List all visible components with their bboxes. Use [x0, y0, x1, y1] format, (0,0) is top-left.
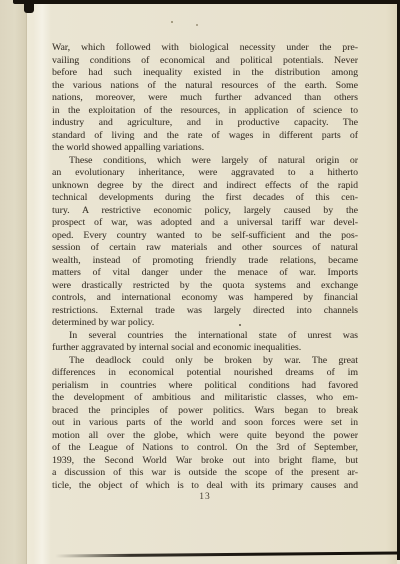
text-line: restrictions. External trade was largely… [52, 305, 358, 318]
text-line: War, which followed with biological nece… [52, 42, 358, 55]
text-line: were drastically restricted by the quota… [52, 280, 358, 293]
text-line: unknown degree by the direct and indirec… [52, 180, 358, 193]
text-line: out in various parts of the world and so… [52, 417, 358, 430]
text-line: perialism in countries where political c… [52, 380, 358, 393]
text-line: tury. A restrictive economic policy, lar… [52, 205, 358, 218]
text-line: These conditions, which were largely of … [52, 155, 358, 168]
text-line: session of certain raw materials and oth… [52, 242, 358, 255]
text-line: oped. Every country wanted to be self-su… [52, 230, 358, 243]
text-line: prospect of war, was adopted and a unive… [52, 217, 358, 230]
text-line: differences in economical potential nour… [52, 367, 358, 380]
text-line: controls, and international economy was … [52, 292, 358, 305]
text-line: the various nations of the natural resou… [52, 80, 358, 93]
text-line: in the exploitation of the resources, in… [52, 105, 358, 118]
text-line: determined by war policy. [52, 317, 358, 330]
scan-speck [239, 324, 241, 326]
text-line: nations, moreover, were much further adv… [52, 92, 358, 105]
text-line: braced the principles of power politics.… [52, 405, 358, 418]
text-line: matters of vital danger under the menace… [52, 267, 358, 280]
text-line: of the League of Nations to control. On … [52, 442, 358, 455]
page-number: 13 [52, 492, 358, 502]
scan-dark-edge-top [13, 0, 400, 4]
text-line: an evolutionary inheritance, were aggrav… [52, 167, 358, 180]
text-line: a discussion of this war is outside the … [52, 467, 358, 480]
text-line: 1939, the Second World War broke out int… [52, 455, 358, 468]
scan-speck [196, 24, 198, 26]
text-line: industry and agriculture, and in product… [52, 117, 358, 130]
page-text: War, which followed with biological nece… [52, 42, 358, 492]
text-line: ticle, the object of which is to deal wi… [52, 480, 358, 493]
scan-dark-edge-topleft [24, 0, 34, 13]
text-line: the world showed appalling variations. [52, 142, 358, 155]
book-page-scan: War, which followed with biological nece… [0, 0, 400, 564]
text-line: vailing conditions of economical and pol… [52, 55, 358, 68]
text-line: wealth, instead of promoting friendly tr… [52, 255, 358, 268]
text-line: standard of living and the rate of wages… [52, 130, 358, 143]
scan-speck [171, 21, 173, 23]
text-line: further aggravated by internal social an… [52, 342, 358, 355]
text-line: the development of ambitious and militar… [52, 392, 358, 405]
text-line: The deadlock could only be broken by war… [52, 355, 358, 368]
book-page: War, which followed with biological nece… [27, 0, 397, 564]
text-line: before had such inequality existed in th… [52, 67, 358, 80]
text-line: In several countries the international s… [52, 330, 358, 343]
text-line: motion all over the globe, which were qu… [52, 430, 358, 443]
text-line: technical developments during the first … [52, 192, 358, 205]
adjacent-page-edge [0, 0, 27, 564]
